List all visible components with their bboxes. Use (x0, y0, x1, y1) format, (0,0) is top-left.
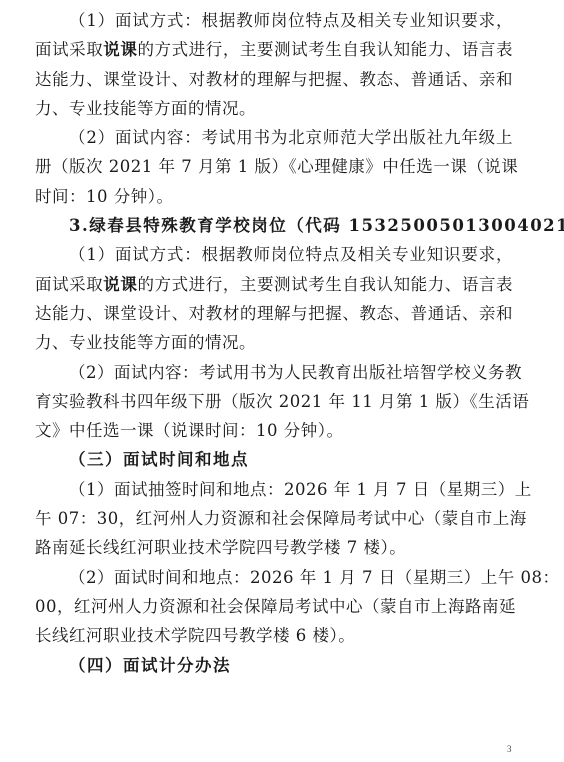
emphasis-text: 说课 (103, 275, 137, 294)
page-number: 3 (507, 744, 512, 754)
document-page: （1）面试方式：根据教师岗位特点及相关专业知识要求， 面试采取说课的方式进行，主… (35, 6, 513, 680)
text-line: （2）面试内容：考试用书为北京师范大学出版社九年级上 (35, 123, 513, 152)
text-line: 达能力、课堂设计、对教材的理解与把握、教态、普通话、亲和 (35, 299, 513, 328)
para-interview-content-2: （2）面试内容：考试用书为人民教育出版社培智学校义务教 育实验教科书四年级下册（… (35, 358, 513, 446)
text-line: 面试采取说课的方式进行，主要测试考生自我认知能力、语言表 (35, 35, 513, 64)
para-interview-content-1: （2）面试内容：考试用书为北京师范大学出版社九年级上 册（版次 2021 年 7… (35, 123, 513, 211)
heading-post-3: 3.绿春县特殊教育学校岗位（代码 15325005013004021） (35, 211, 513, 240)
text-line: 力、专业技能等方面的情况。 (35, 328, 513, 357)
text-line: 00，红河州人力资源和社会保障局考试中心（蒙自市上海路南延 (35, 592, 513, 621)
text-line: 力、专业技能等方面的情况。 (35, 94, 513, 123)
text-line: 达能力、课堂设计、对教材的理解与把握、教态、普通话、亲和 (35, 65, 513, 94)
text-line: 文》中任选一课（说课时间：10 分钟）。 (35, 416, 513, 445)
text-line: （2）面试内容：考试用书为人民教育出版社培智学校义务教 (35, 358, 513, 387)
text-line: 面试采取说课的方式进行，主要测试考生自我认知能力、语言表 (35, 270, 513, 299)
text-line: 册（版次 2021 年 7 月第 1 版）《心理健康》中任选一课（说课 (35, 152, 513, 181)
para-interview-method-2: （1）面试方式：根据教师岗位特点及相关专业知识要求， 面试采取说课的方式进行，主… (35, 240, 513, 357)
heading-section-4: （四）面试计分办法 (35, 651, 513, 680)
text-line: 午 07：30，红河州人力资源和社会保障局考试中心（蒙自市上海 (35, 504, 513, 533)
text-line: （2）面试时间和地点：2026 年 1 月 7 日（星期三）上午 08： (35, 563, 513, 592)
text-line: 时间：10 分钟）。 (35, 182, 513, 211)
text-line: （1）面试方式：根据教师岗位特点及相关专业知识要求， (35, 6, 513, 35)
heading-section-3: （三）面试时间和地点 (35, 445, 513, 474)
text-line: 育实验教科书四年级下册（版次 2021 年 11 月第 1 版）《生活语 (35, 387, 513, 416)
para-interview-time-place: （2）面试时间和地点：2026 年 1 月 7 日（星期三）上午 08： 00，… (35, 563, 513, 651)
text-line: （1）面试方式：根据教师岗位特点及相关专业知识要求， (35, 240, 513, 269)
text-line: 长线红河职业技术学院四号教学楼 6 楼）。 (35, 621, 513, 650)
text-line: 路南延长线红河职业技术学院四号教学楼 7 楼）。 (35, 533, 513, 562)
para-draw-time-place: （1）面试抽签时间和地点：2026 年 1 月 7 日（星期三）上 午 07：3… (35, 475, 513, 563)
para-interview-method-1: （1）面试方式：根据教师岗位特点及相关专业知识要求， 面试采取说课的方式进行，主… (35, 6, 513, 123)
emphasis-text: 说课 (103, 40, 137, 59)
text-line: （1）面试抽签时间和地点：2026 年 1 月 7 日（星期三）上 (35, 475, 513, 504)
